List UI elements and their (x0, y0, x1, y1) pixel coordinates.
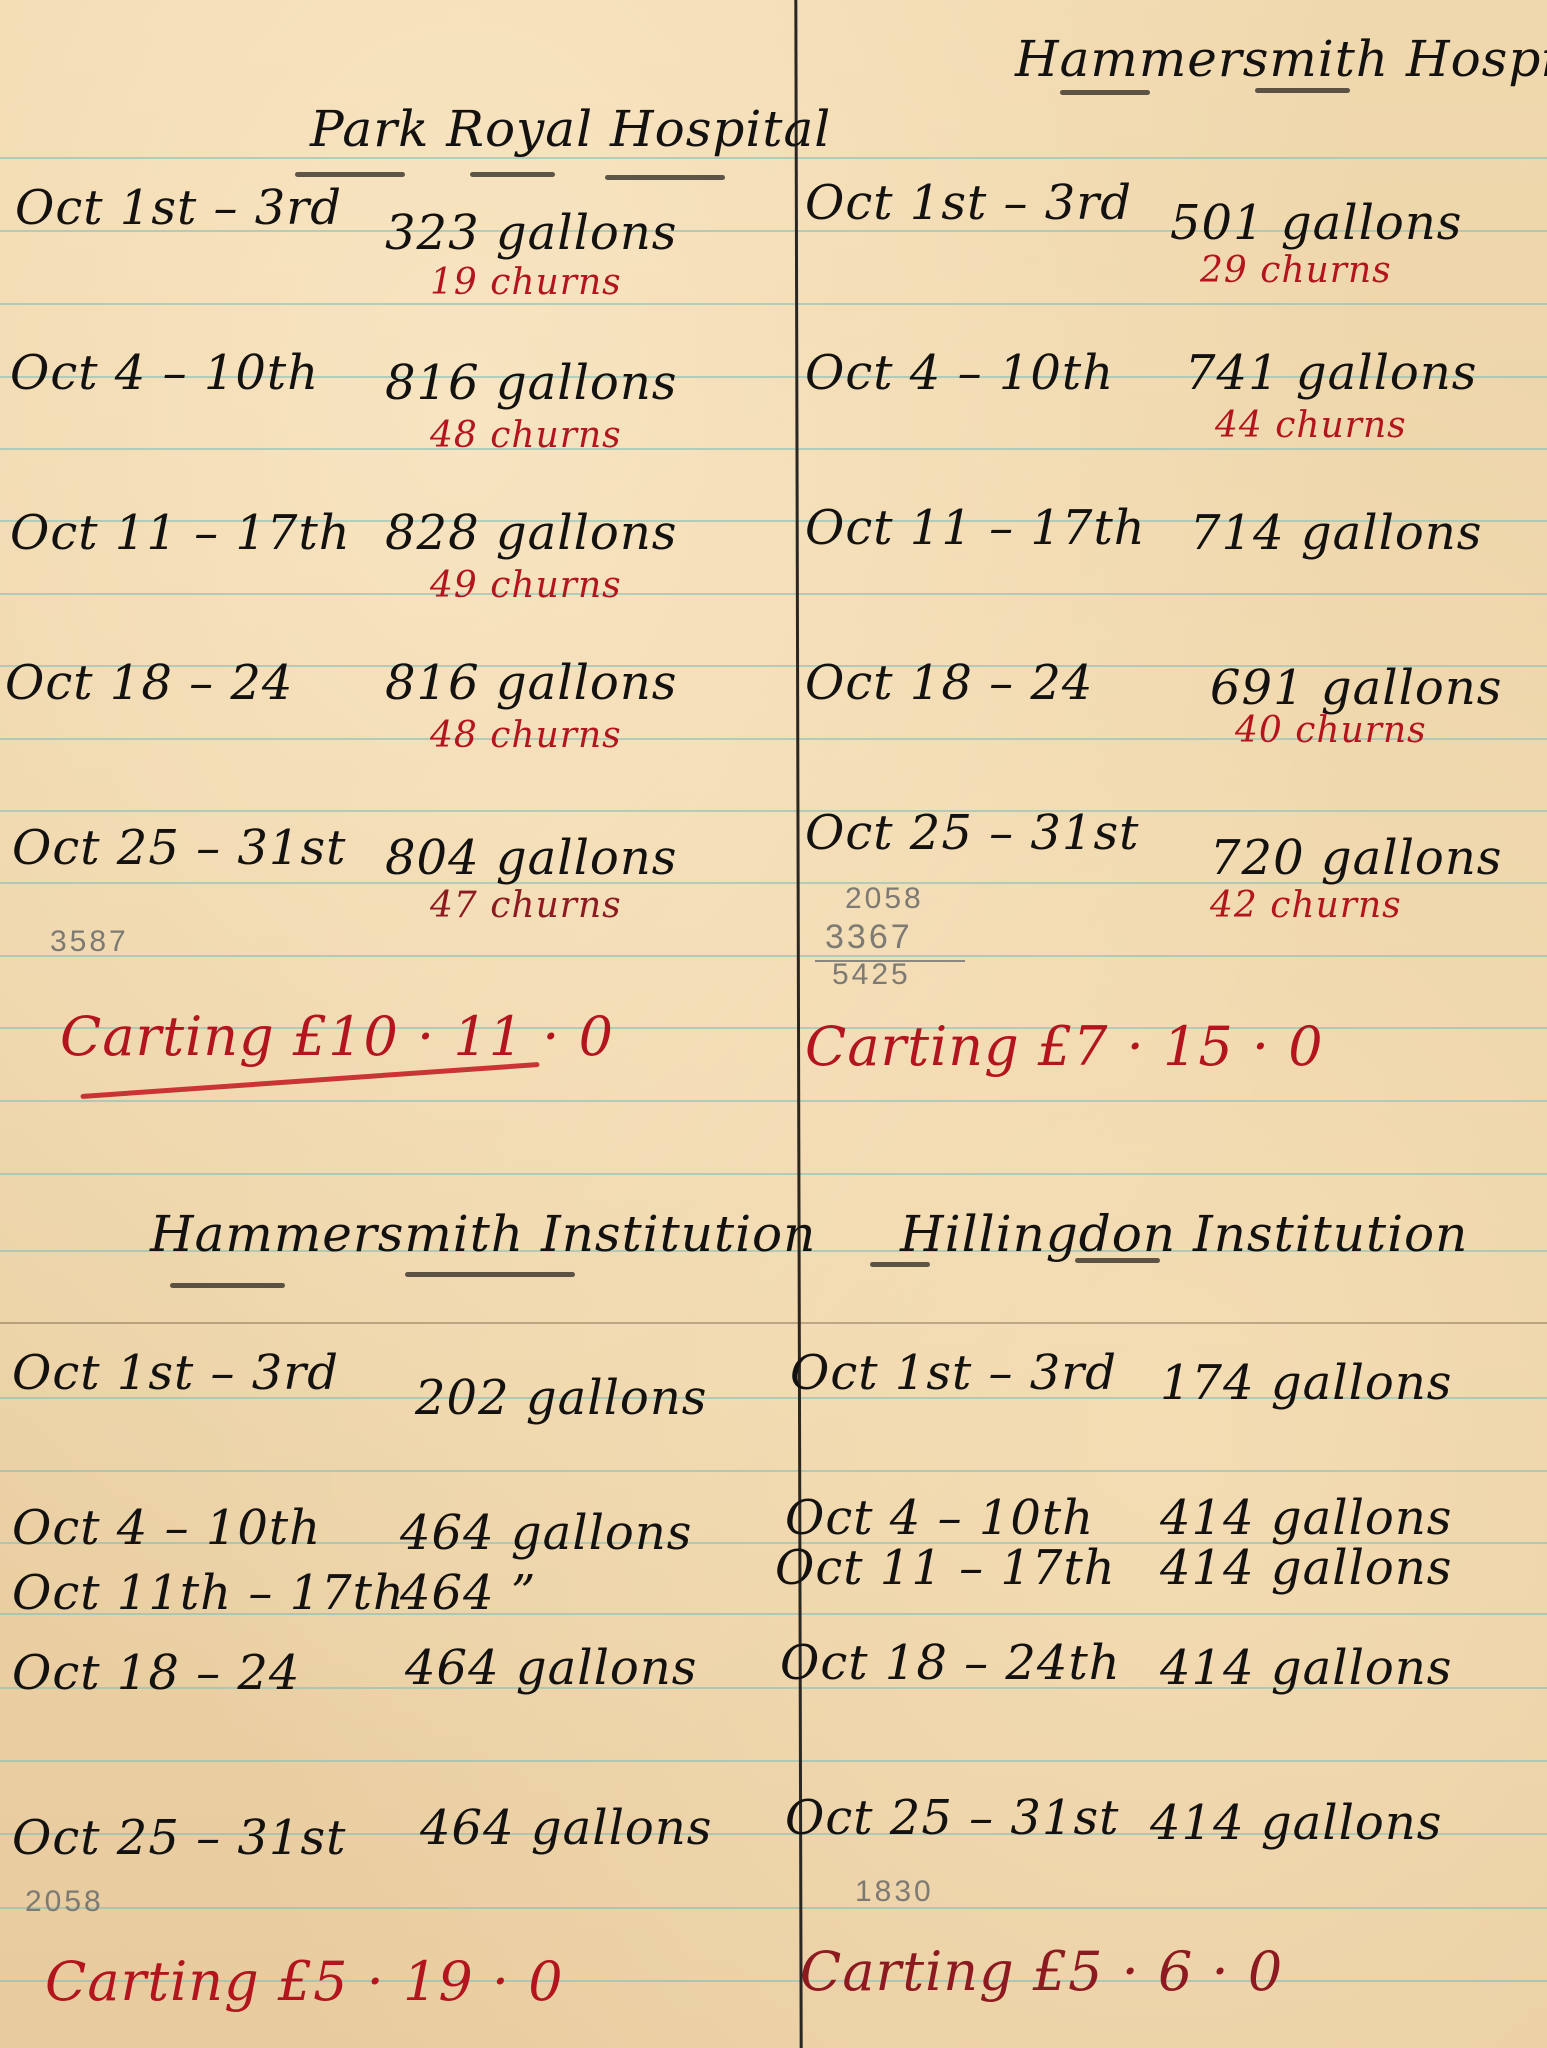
entry-churns: 19 churns (430, 262, 622, 303)
entry-gallons: 464 gallons (420, 1800, 712, 1856)
entry-dates: Oct 11 – 17th (775, 1540, 1116, 1596)
ruled-line (0, 593, 1547, 595)
column-divider (794, 0, 802, 2048)
entry-gallons: 464 gallons (400, 1505, 692, 1561)
entry-gallons: 414 gallons (1160, 1540, 1452, 1596)
entry-dates: Oct 1st – 3rd (805, 175, 1132, 231)
title-underline (295, 172, 405, 177)
entry-dates: Oct 18 – 24 (12, 1645, 300, 1701)
entry-dates: Oct 4 – 10th (805, 345, 1114, 401)
entry-gallons: 464 gallons (405, 1640, 697, 1696)
entry-gallons: 741 gallons (1185, 345, 1477, 401)
entry-dates: Oct 1st – 3rd (12, 1345, 339, 1401)
entry-dates: Oct 25 – 31st (12, 820, 346, 876)
entry-churns: 44 churns (1215, 405, 1407, 446)
title-underline (170, 1283, 285, 1288)
entry-gallons: 202 gallons (415, 1370, 707, 1426)
section-title: Hammersmith Institution (150, 1205, 816, 1263)
entry-dates: Oct 25 – 31st (805, 805, 1139, 861)
title-underline (470, 172, 555, 177)
entry-gallons: 691 gallons (1210, 660, 1502, 716)
entry-dates: Oct 25 – 31st (12, 1810, 346, 1866)
entry-churns: 47 churns (430, 885, 622, 926)
entry-dates: Oct 18 – 24 (805, 655, 1093, 711)
carting-cost: Carting £7 · 15 · 0 (805, 1015, 1324, 1078)
entry-gallons: 816 gallons (385, 655, 677, 711)
ruled-line (0, 1173, 1547, 1175)
ruled-line (0, 810, 1547, 812)
entry-gallons: 414 gallons (1160, 1490, 1452, 1546)
entry-gallons: 816 gallons (385, 355, 677, 411)
title-underline (1255, 88, 1350, 93)
ruled-line (0, 303, 1547, 305)
entry-gallons: 714 gallons (1190, 505, 1482, 561)
ruled-line (0, 955, 1547, 957)
entry-dates: Oct 1st – 3rd (790, 1345, 1117, 1401)
entry-dates: Oct 25 – 31st (785, 1790, 1119, 1846)
entry-dates: Oct 18 – 24 (5, 655, 293, 711)
ruled-line (0, 1907, 1547, 1909)
title-underline (870, 1262, 930, 1267)
entry-dates: Oct 11th – 17th (12, 1565, 405, 1621)
entry-churns: 42 churns (1210, 885, 1402, 926)
ruled-line (0, 448, 1547, 450)
entry-gallons: 174 gallons (1160, 1355, 1452, 1411)
entry-gallons: 414 gallons (1150, 1795, 1442, 1851)
ledger-page: Park Royal Hospital Oct 1st – 3rd 323 ga… (0, 0, 1547, 2048)
carting-cost: Carting £5 · 19 · 0 (45, 1950, 564, 2013)
entry-dates: Oct 18 – 24th (780, 1635, 1121, 1691)
pencil-total: 1830 (855, 1875, 934, 1909)
entry-churns: 40 churns (1235, 710, 1427, 751)
carting-cost: Carting £5 · 6 · 0 (800, 1940, 1283, 2003)
entry-churns: 48 churns (430, 415, 622, 456)
entry-gallons: 323 gallons (385, 205, 677, 261)
ruled-line (0, 1470, 1547, 1472)
entry-gallons: 720 gallons (1210, 830, 1502, 886)
entry-dates: Oct 11 – 17th (805, 500, 1146, 556)
section-title: Park Royal Hospital (310, 100, 831, 158)
pencil-total: 3587 (50, 925, 129, 959)
entry-dates: Oct 4 – 10th (785, 1490, 1094, 1546)
entry-gallons: 414 gallons (1160, 1640, 1452, 1696)
pencil-sum-total: 5425 (832, 958, 911, 992)
pencil-total: 2058 (25, 1885, 104, 1919)
pencil-addend: 2058 (845, 882, 924, 916)
entry-gallons: 828 gallons (385, 505, 677, 561)
title-underline (1075, 1258, 1160, 1263)
entry-churns: 29 churns (1200, 250, 1392, 291)
entry-churns: 49 churns (430, 565, 622, 606)
entry-gallons: 501 gallons (1170, 195, 1462, 251)
title-underline (605, 175, 725, 180)
entry-gallons: 804 gallons (385, 830, 677, 886)
ruled-line (0, 1100, 1547, 1102)
entry-churns: 48 churns (430, 715, 622, 756)
carting-cost: Carting £10 · 11 · 0 (60, 1005, 614, 1068)
section-title: Hillingdon Institution (900, 1205, 1468, 1263)
title-underline (405, 1272, 575, 1277)
pencil-addend: 3367 (825, 918, 913, 957)
ruled-line (0, 1760, 1547, 1762)
paper-fold (0, 1322, 1547, 1324)
entry-dates: Oct 11 – 17th (10, 505, 351, 561)
title-underline (1060, 90, 1150, 95)
entry-dates: Oct 4 – 10th (12, 1500, 321, 1556)
section-title: Hammersmith Hospital (1015, 30, 1547, 88)
entry-dates: Oct 4 – 10th (10, 345, 319, 401)
entry-gallons: 464 ” (400, 1565, 536, 1621)
entry-dates: Oct 1st – 3rd (15, 180, 342, 236)
